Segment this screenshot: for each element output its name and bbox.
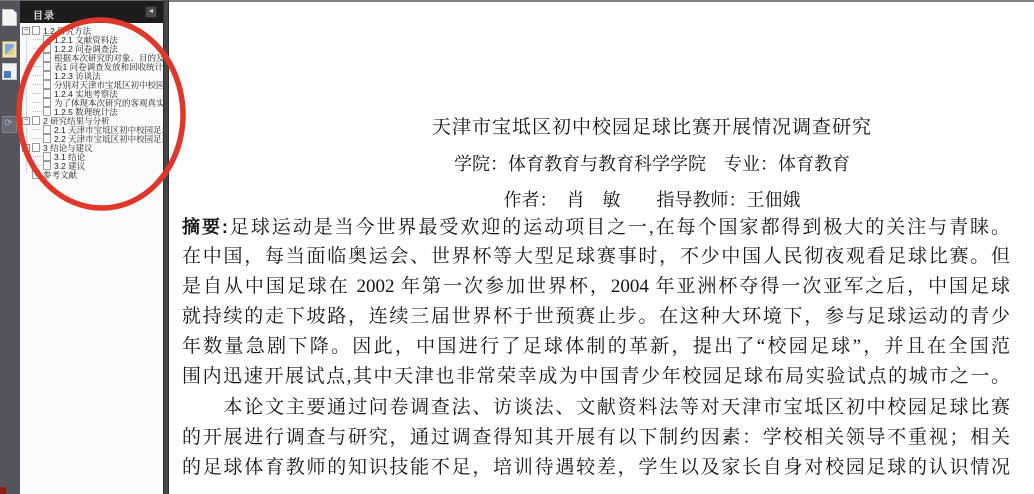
page-headings: 天津市宝坻区初中校园足球比赛开展情况调查研究 学院：体育教育与教育科学学院 专业… — [182, 110, 1034, 218]
abstract-line: 围内迅速开展试点,其中天津也非常荣幸成为中国青少年校园足球布局实验试点的城市之一… — [182, 362, 1010, 392]
tree-branch-line — [33, 66, 42, 67]
document-viewer-window: 目录 ◄ −1.2 研究方法1.2.1 文献资料法1.2.2 问卷调查法根据本次… — [0, 0, 1034, 494]
toc-item-label: 参考文献 — [43, 169, 77, 181]
toc-page-icon — [32, 170, 40, 179]
paper-subtitle: 学院：体育教育与教育科学学院 专业：体育教育 — [182, 146, 1034, 182]
tree-branch-line — [33, 57, 42, 58]
tree-branch-line — [33, 165, 42, 166]
tree-branch-line — [33, 102, 42, 103]
images-panel-icon[interactable] — [2, 41, 17, 58]
collapse-minus-icon[interactable]: − — [22, 27, 30, 35]
sidebar-title: 目录 — [33, 7, 55, 22]
toc-tree: −1.2 研究方法1.2.1 文献资料法1.2.2 问卷调查法根据本次研究的对象… — [20, 26, 163, 486]
tree-branch-line — [33, 48, 42, 49]
abstract-line: 年数量急剧下降。因此，中国进行了足球体制的革新，提出了“校园足球”，并且在全国范 — [182, 332, 1010, 362]
collapse-minus-icon[interactable]: − — [22, 144, 30, 152]
page-top-strip — [169, 0, 1034, 2]
toc-page-icon — [43, 152, 51, 161]
abstract-line: 就持续的走下坡路，连续三届世界杯于世预赛止步。在这种大环境下，参与足球运动的青少 — [182, 302, 1010, 332]
abstract-label: 摘要: — [182, 217, 228, 237]
refresh-panel-icon[interactable] — [2, 116, 17, 133]
abstract-line: 本论文主要通过问卷调查法、访谈法、文献资料法等对天津市宝坻区初中校园足球比赛 — [182, 393, 1010, 423]
paper-title: 天津市宝坻区初中校园足球比赛开展情况调查研究 — [182, 110, 1034, 146]
toc-page-icon — [43, 80, 51, 89]
toc-page-icon — [32, 26, 40, 35]
toc-item[interactable]: 3.1 结论 — [20, 152, 163, 161]
toc-page-icon — [32, 143, 40, 152]
sidebar-collapse-button[interactable]: ◄ — [145, 6, 157, 18]
toc-page-icon — [43, 35, 51, 44]
abstract-line: 的足球体育教师的知识技能不足，培训待遇较差，学生以及家长自身对校园足球的认识情况 — [182, 453, 1010, 483]
abstract-line: 的开展进行调查与研究，通过调查得知其开展有以下制约因素：学校相关领导不重视；相关 — [182, 423, 1010, 453]
tree-branch-line — [33, 111, 42, 112]
sidebar-header: 目录 ◄ — [20, 0, 163, 23]
document-page-icon[interactable] — [2, 9, 17, 26]
tree-branch-line — [33, 84, 42, 85]
sidebar-splitter[interactable] — [163, 0, 169, 494]
toc-page-icon — [43, 98, 51, 107]
left-toolbar — [0, 0, 20, 494]
tree-branch-line — [33, 156, 42, 157]
sidebar-panel: 目录 ◄ −1.2 研究方法1.2.1 文献资料法1.2.2 问卷调查法根据本次… — [20, 0, 163, 494]
annotation-panel-icon[interactable] — [2, 63, 17, 80]
tree-branch-line — [33, 75, 42, 76]
toc-page-icon — [43, 53, 51, 62]
toc-page-icon — [43, 125, 51, 134]
abstract-line: 在中国，每当面临奥运会、世界杯等大型足球赛事时，不少中国人民彻夜观看足球比赛。但 — [182, 242, 1010, 272]
red-corner-mark — [0, 487, 6, 494]
collapse-minus-icon[interactable]: − — [22, 117, 30, 125]
document-page: 天津市宝坻区初中校园足球比赛开展情况调查研究 学院：体育教育与教育科学学院 专业… — [169, 0, 1034, 494]
toc-item[interactable]: −3 结论与建议 — [20, 143, 163, 152]
tree-branch-line — [33, 129, 42, 130]
tree-branch-line — [33, 93, 42, 94]
tree-branch-line — [33, 39, 42, 40]
abstract-line: 是自从中国足球在 2002 年第一次参加世界杯，2004 年亚洲杯夺得一次亚军之… — [182, 272, 1010, 302]
abstract-body: 摘要:足球运动是当今世界最受欢迎的运动项目之一,在每个国家都得到极大的关注与青睐… — [182, 212, 1010, 483]
toc-page-icon — [43, 62, 51, 71]
tree-branch-line — [33, 138, 42, 139]
toc-item[interactable]: 3.2 建议 — [20, 161, 163, 170]
toc-page-icon — [43, 89, 51, 98]
toc-page-icon — [43, 44, 51, 53]
abstract-line: 摘要:足球运动是当今世界最受欢迎的运动项目之一,在每个国家都得到极大的关注与青睐… — [182, 212, 1010, 242]
toc-page-icon — [43, 71, 51, 80]
toc-item[interactable]: 参考文献 — [20, 170, 163, 179]
toc-page-icon — [32, 116, 40, 125]
